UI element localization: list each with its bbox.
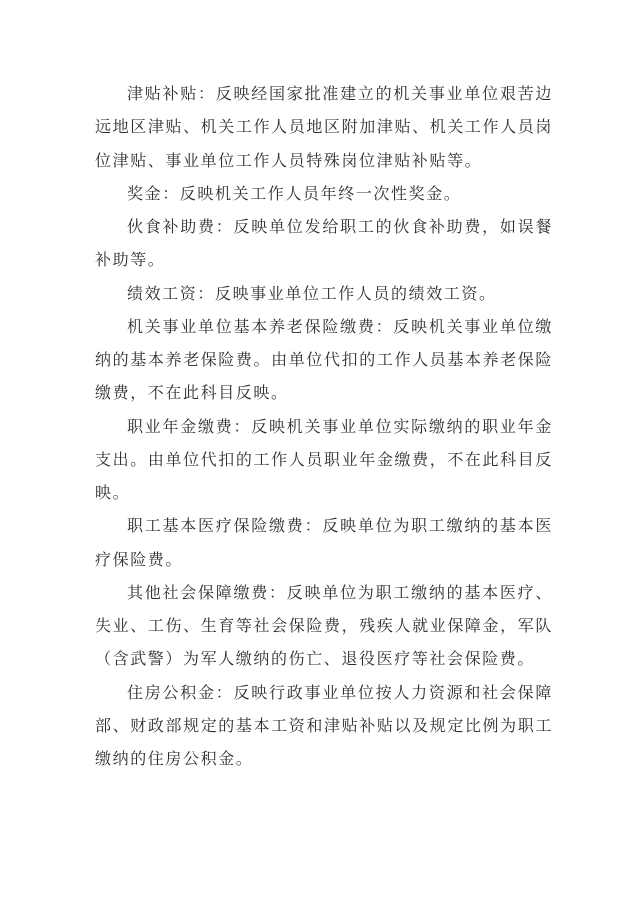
paragraph-performance-pay: 绩效工资：反映事业单位工作人员的绩效工资。 — [95, 278, 553, 311]
paragraph-meal-subsidy: 伙食补助费：反映单位发给职工的伙食补助费，如误餐补助等。 — [95, 211, 553, 278]
paragraph-occupational-annuity-contribution: 职业年金缴费：反映机关事业单位实际缴纳的职业年金支出。由单位代扣的工作人员职业年… — [95, 411, 553, 511]
paragraph-housing-provident-fund: 住房公积金：反映行政事业单位按人力资源和社会保障部、财政部规定的基本工资和津贴补… — [95, 677, 553, 777]
document-body: 津贴补贴：反映经国家批准建立的机关事业单位艰苦边远地区津贴、机关工作人员地区附加… — [95, 78, 553, 776]
paragraph-medical-insurance-contribution: 职工基本医疗保险缴费：反映单位为职工缴纳的基本医疗保险费。 — [95, 510, 553, 577]
document-page: 津贴补贴：反映经国家批准建立的机关事业单位艰苦边远地区津贴、机关工作人员地区附加… — [0, 0, 634, 898]
paragraph-allowances-subsidies: 津贴补贴：反映经国家批准建立的机关事业单位艰苦边远地区津贴、机关工作人员地区附加… — [95, 78, 553, 178]
paragraph-other-social-security-contribution: 其他社会保障缴费：反映单位为职工缴纳的基本医疗、失业、工伤、生育等社会保险费，残… — [95, 577, 553, 677]
paragraph-pension-contribution: 机关事业单位基本养老保险缴费：反映机关事业单位缴纳的基本养老保险费。由单位代扣的… — [95, 311, 553, 411]
paragraph-bonus: 奖金：反映机关工作人员年终一次性奖金。 — [95, 178, 553, 211]
